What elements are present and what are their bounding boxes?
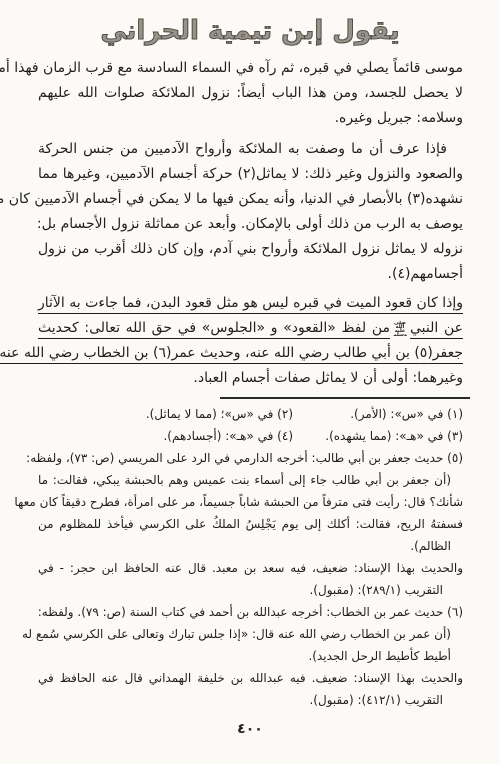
body-line-underlined: جعفر(٥) بن أبي طالب رضي الله عنه، وحديث … [38,341,463,366]
prophet-honorific-icon: صلى الله عليه وسلم [393,321,407,336]
body-line: فإذا عرف أن ما وصفت به الملائكة وأرواح ا… [38,137,463,162]
footnote-5-line: فسفتهُ الريح، فقالت: أكلك إلى يوم يَجْلِ… [38,513,463,535]
body-line-segment: عن النبي [410,320,463,336]
body-line: أجسامهم(٤). [38,262,463,287]
footnote-4: (٤) في «هـ»: (أجسادهم). [38,425,293,447]
body-line: وغيرهما: أولى أن لا يماثل صفات أجسام الع… [38,366,463,391]
footnotes-section: (١) في «س»: (الأمر). (٢) في «س»؛ (مما لا… [0,403,500,711]
footnote-row: (١) في «س»: (الأمر). (٢) في «س»؛ (مما لا… [38,403,463,425]
footnote-separator [220,397,470,399]
footnote-5-line: شأنك؟ قال: رأيت فتى مترفاً من الحبشة شاب… [38,491,463,513]
footnote-row: (٣) في «هـ»: (مما يشهده). (٤) في «هـ»: (… [38,425,463,447]
body-line: يوصف به الرب من ذلك أولى بالإمكان. وأبعد… [38,212,463,237]
footnote-3: (٣) في «هـ»: (مما يشهده). [293,425,463,447]
footnote-6-line: التقريب (٤١٢/١): (مقبول). [38,689,463,711]
body-line: نشهده(٣) بالأبصار في الدنيا، وأنه يمكن ف… [38,187,463,212]
body-line-underlined: وإذا كان قعود الميت في قبره ليس هو مثل ق… [38,291,463,316]
footnote-2: (٢) في «س»؛ (مما لا يماثل). [38,403,293,425]
page-number: ٤٠٠ [0,721,500,737]
body-text: موسى قائماً يصلي في قبره، ثم رآه في السم… [0,56,500,391]
body-line: موسى قائماً يصلي في قبره، ثم رآه في السم… [38,56,463,81]
scanned-book-page: يقول إبن تيمية الحراني موسى قائماً يصلي … [0,0,500,764]
footnote-5-line: (٥) حديث جعفر بن أبي طالب: أخرجه الدارمي… [38,447,463,469]
footnote-1: (١) في «س»: (الأمر). [293,403,463,425]
footnote-6-line: (٦) حديث عمر بن الخطاب: أخرجه عبدالله بن… [38,601,463,623]
body-line: لا يحصل للجسد، ومن هذا الباب أيضاً: نزول… [38,81,463,106]
body-line: نزوله لا يماثل نزول الملائكة وأرواح بني … [38,237,463,262]
footnote-6-line: (أن عمر بن الخطاب رضي الله عنه قال: «إذا… [38,623,463,645]
body-line: والصعود والنزول وغير ذلك: لا يماثل(٢) حر… [38,162,463,187]
footnote-6-line: أطيط كأطيط الرحل الجديد). [38,645,463,667]
page-title: يقول إبن تيمية الحراني [0,16,500,46]
body-line-segment: من لفظ «القعود» و «الجلوس» في حق الله تع… [38,320,390,336]
footnote-5-line: الظالم). [38,535,463,557]
footnote-5-line: والحديث بهذا الإسناد: ضعيف، فيه سعد بن م… [38,557,463,579]
footnote-5-line: (أن جعفر بن أبي طالب جاء إلى أسماء بنت ع… [38,469,463,491]
footnote-6-line: والحديث بهذا الإسناد: ضعيف. فيه عبدالله … [38,667,463,689]
body-line-underlined: عن النبيصلى الله عليه وسلممن لفظ «القعود… [38,316,463,341]
footnote-5-line: التقريب (٢٨٩/١): (مقبول). [38,579,463,601]
body-line: وسلامه: جبريل وغيره. [38,106,463,131]
